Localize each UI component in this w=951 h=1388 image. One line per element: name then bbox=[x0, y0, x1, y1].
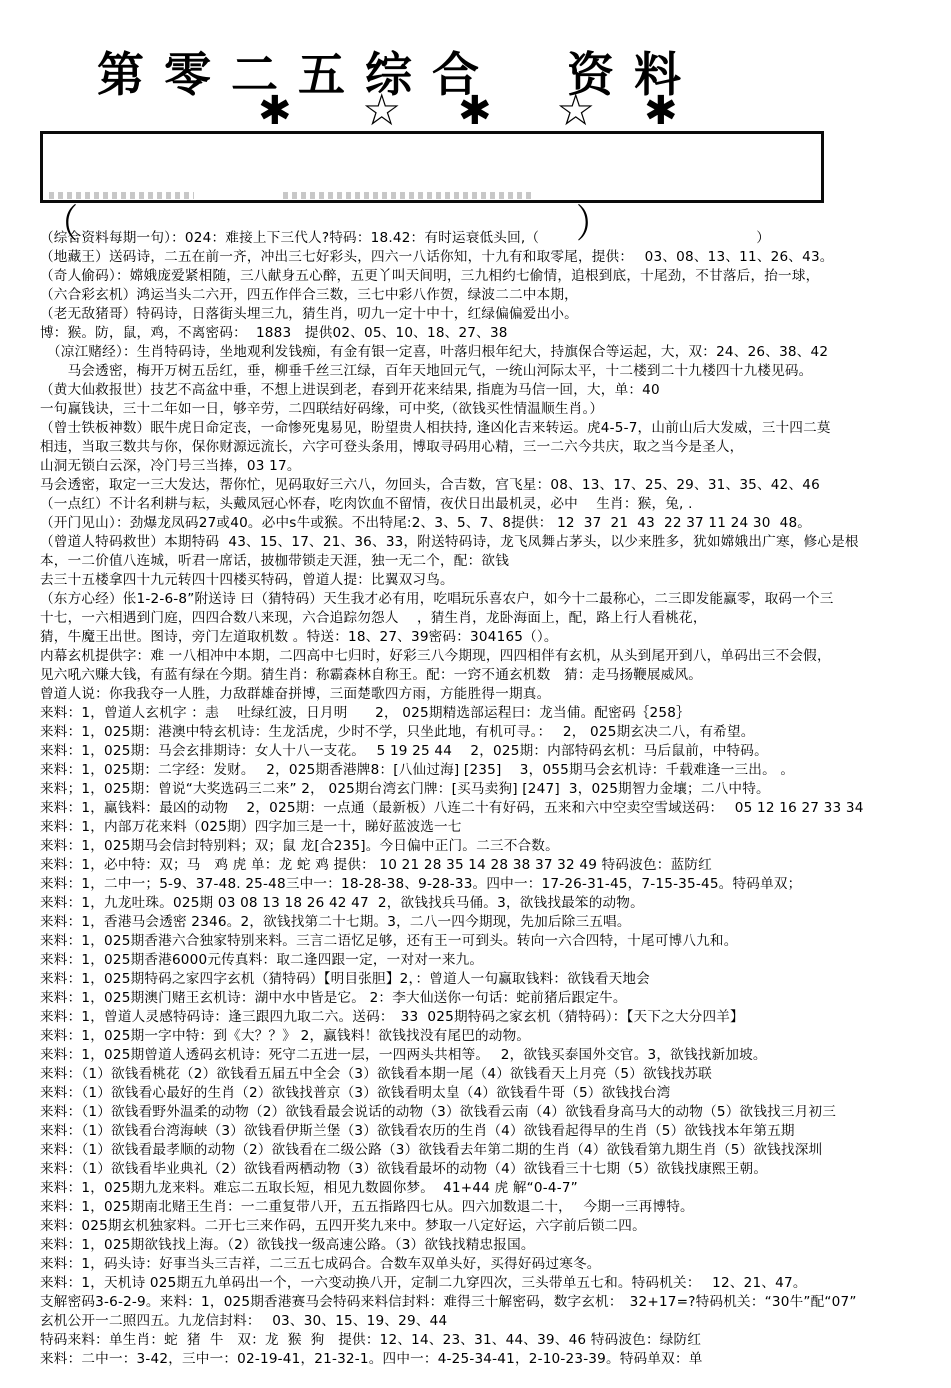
text-line: 来料：1，025期特码之家四字玄机（猜特码）【明目张胆】2，：曾道人一句赢取钱料… bbox=[40, 970, 940, 989]
text-line: （凉江赌经）：生肖特码诗，坐地观利发钱痴，有金有银一定喜，叶落归根年纪大，持旗保… bbox=[40, 343, 940, 362]
text-line: 来料：1，二中一；5-9、37-48. 25-48三中一：18-28-38、9-… bbox=[40, 875, 940, 894]
star-decorations: ✱ ☆ ✱ ☆ ✱ bbox=[0, 88, 951, 136]
text-line: 来料：1，025期：港澳中特玄机诗：生龙活虎，少时不学，只坐此地，有机可寻。： … bbox=[40, 723, 940, 742]
text-line: （老无敌猪哥）特码诗，日落街头埋三九，猜生肖，叨九一定十中十，红绿偏偏爱出小。 bbox=[40, 305, 940, 324]
asterisk-star-icon: ✱ bbox=[458, 88, 492, 134]
text-line: （曾士铁板神数）眠牛虎日命定丧，一命惨死鬼易见，盼望贵人相扶持, 逢凶化吉来转运… bbox=[40, 419, 940, 438]
text-line: 来料：（1）欲钱看最孝顺的动物（2）欲钱看在二级公路（3）欲钱看去年第二期的生肖… bbox=[40, 1141, 940, 1160]
text-line: 来料：1，天机诗 025期五九单码出一个，一六变动换八开，定制二九穿四次，三头带… bbox=[40, 1274, 940, 1293]
text-line: 来料：1，曾道人玄机字 ：恚 吐绿红波，日月明 2， 025期精选部运程曰：龙当… bbox=[40, 704, 940, 723]
text-line: 来料：1，必中特：双；马 鸡 虎 单：龙 蛇 鸡 提供： 10 21 28 35… bbox=[40, 856, 940, 875]
text-line: 来料：1，025期曾道人透码玄机诗：死守二五进一层，一四两头共相等。 2，欲钱买… bbox=[40, 1046, 940, 1065]
text-line: 玄机公开一二照四五。九龙信封料： 03、30、15、19、29、44 bbox=[40, 1312, 940, 1331]
text-line: 来料：1，025期：马会玄排期诗：女人十八一支花。 5 19 25 44 2，0… bbox=[40, 742, 940, 761]
text-line: 来料：1，025期澳门赌王玄机诗：湖中水中皆是它。 2：李大仙送你一句话：蛇前猪… bbox=[40, 989, 940, 1008]
text-line: 本，一二价值八连城，听君一席话，披枷带锁走天涯，独一无二个，配：欲钱 bbox=[40, 552, 940, 571]
text-line: （一点红）不计名利耕与耘，头戴凤冠心怀春，吃肉饮血不留情，夜伏日出最机灵，必中 … bbox=[40, 495, 940, 514]
hollow-star-icon: ☆ bbox=[362, 88, 401, 134]
text-line: 来料：1，025期九龙来料。难忘二五取长短，相见九数圆你梦。 41+44 虎 解… bbox=[40, 1179, 940, 1198]
text-line: 来料：1，香港马会透密 2346。2，欲钱找第二十七期。3，二八一四今期现，先加… bbox=[40, 913, 940, 932]
text-line: （东方心经）伥1-2-6-8”附送诗 曰（猜特码）天生我才必有用，吃唱玩乐喜农户… bbox=[40, 590, 940, 609]
text-line: 支解密码3-6-2-9。来料：1，025期香港赛马会特码来料信封料：难得三十解密… bbox=[40, 1293, 940, 1312]
text-line: 内幕玄机提供字：难 一八相冲中本期，二四高中七归时，好彩三八今期现，四四相伴有玄… bbox=[40, 647, 940, 666]
text-line: （开门见山）：劲爆龙凤码27或40。必中s牛或猴。不出特尾:2、3、5、7、8提… bbox=[40, 514, 940, 533]
text-line: 来料：1，025期马会信封特别料；双；鼠 龙[合235]。今日偏中正门。二三不合… bbox=[40, 837, 940, 856]
text-line: （六合彩玄机）鸿运当头二六开，四五作伴合三数，三七中彩八作贺，绿波二二中本期， bbox=[40, 286, 940, 305]
lines: （综合资料每期一句）：024：难接上下三代人?特码：18.42：有时运衰低头回,… bbox=[40, 229, 940, 1369]
asterisk-star-icon: ✱ bbox=[258, 88, 292, 134]
text-line: 相违，当取三数共与你，保你财源远流长，六字可登头条用，博取寻码用心精，三一二六今… bbox=[40, 438, 940, 457]
text-line: 来料：1，码头诗：好事当头三吉祥，二三五七成码合。合数车双单头好，买得好码过寒冬… bbox=[40, 1255, 940, 1274]
text-line: 来料：1，025期：二字经：发财。 2，025期香港牌8：[八仙过海] [235… bbox=[40, 761, 940, 780]
text-line: 来料：（1）欲钱看台湾海峡（3）欲钱看伊斯兰堡（3）欲钱看农历的生肖（4）欲钱看… bbox=[40, 1122, 940, 1141]
text-line: 曾道人说：你我我夺一人胜，力敌群雄奋拼博，三面楚歌四方雨，方能胜得一期真。 bbox=[40, 685, 940, 704]
faint-text-remnant bbox=[283, 192, 533, 199]
text-line: 来料；1，025期：曾说“大奖选码三二来” 2， 025期台湾玄门牌：[买马卖狗… bbox=[40, 780, 940, 799]
text-line: 去三十五楼拿四十九元转四十四楼买特码，曾道人提：比翼双习鸟。 bbox=[40, 571, 940, 590]
asterisk-star-icon: ✱ bbox=[644, 88, 678, 134]
text-line: 来料：1，025期南北赌王生肖：一二重复带八开，五五指路四七从。四六加数退二十，… bbox=[40, 1198, 940, 1217]
text-line: 来料：1，赢钱料：最凶的动物 2，025期：一点通（最新板）八连二十有好码，五来… bbox=[40, 799, 940, 818]
text-line: 十七，一六相遇到门庭，四四合数八来现，六合追踪勿怨人 ，猜生肖，龙卧海面上，配，… bbox=[40, 609, 940, 628]
text-line: （地藏王）送码诗，二五在前一齐，冲出三七好彩头，四六一八话你知，十九有和取零尾，… bbox=[40, 248, 940, 267]
text-line: 来料：二中一：3-42，三中一：02-19-41，21-32-1。四中一：4-2… bbox=[40, 1350, 940, 1369]
text-line: 来料：1，025期香港六合独家特别来料。三言二语忆足够，还有王一可到头。转向一六… bbox=[40, 932, 940, 951]
text-line: 马会透密，取定一三大发达，帮你忙，见码取好三六八，勿回头，合吉数，宫飞星：08、… bbox=[40, 476, 940, 495]
hollow-star-icon: ☆ bbox=[556, 88, 595, 134]
text-line: 来料：（1）欲钱看野外温柔的动物（2）欲钱看最会说话的动物（3）欲钱看云南（4）… bbox=[40, 1103, 940, 1122]
text-line: 猜，牛魔王出世。图诗，旁门左道取机数 。特送：18、27、39密码：304165… bbox=[40, 628, 940, 647]
lottery-info-sheet: 第零二五综合资料 ✱ ☆ ✱ ☆ ✱ （ ） （综合资料每期一句）：024：难接… bbox=[0, 0, 951, 1388]
text-line: 来料：1，025期香港6000元传真料：取二逢四跟一定，一对对一来九。 bbox=[40, 951, 940, 970]
text-line: 来料：1，曾道人灵感特码诗：逢三跟四九取二六。送码： 33 025期特码之家玄机… bbox=[40, 1008, 940, 1027]
text-line: 来料：1，025期欲钱找上海。（2）欲钱找一级高速公路。（3）欲钱找精忠报国。 bbox=[40, 1236, 940, 1255]
text-line: 来料：（1）欲钱看心最好的生肖（2）欲钱找普京（3）欲钱看明太皇（4）欲钱看牛哥… bbox=[40, 1084, 940, 1103]
empty-header-box bbox=[40, 131, 824, 203]
text-line: （黄大仙救报世）技艺不高盆中垂，不想上进误到老，春到开花来结果, 指鹿为马信一回… bbox=[40, 381, 940, 400]
text-line: 来料：（1）欲钱看桃花（2）欲钱看五届五中全会（3）欲钱看本期一尾（4）欲钱看天… bbox=[40, 1065, 940, 1084]
text-line: 来料：1，九龙吐珠。025期 03 08 13 18 26 42 47 2，欲钱… bbox=[40, 894, 940, 913]
text-line: 马会透密，梅开万树五岳红，垂，柳垂千丝三江绿，百年天地回元气，一统山河际太平，十… bbox=[40, 362, 940, 381]
text-line: 特码来料：单生肖：蛇 猪 牛 双：龙 猴 狗 提供：12、14、23、31、44… bbox=[40, 1331, 940, 1350]
text-line: 来料：（1）欲钱看毕业典礼（2）欲钱看两栖动物（3）欲钱看最坏的动物（4）欲钱看… bbox=[40, 1160, 940, 1179]
text-line: （综合资料每期一句）：024：难接上下三代人?特码：18.42：有时运衰低头回,… bbox=[40, 229, 940, 248]
text-line: 来料：025期玄机独家料。二开七三来作码，五四开奖九来中。梦取一八定好运，六字前… bbox=[40, 1217, 940, 1236]
text-line: 山洞无锁白云深，冷门号三当捧，03 17。 bbox=[40, 457, 940, 476]
text-line: （奇人偷码）：嫦娥庞爱紧相随，三八献身五心醉，五更丫叫天间明，三九相约七偷情，追… bbox=[40, 267, 940, 286]
text-line: 来料：1，内部万花来料（025期）四字加三是一十，睇好蓝波选一七 bbox=[40, 818, 940, 837]
text-line: 博：猴。防，鼠，鸡，不离密码： 1883 提供02、05、10、18、27、38 bbox=[40, 324, 940, 343]
text-line: （曾道人特码救世）本期特码 43、15、17、21、36、33，附送特码诗，龙飞… bbox=[40, 533, 940, 552]
text-line: 来料：1，025期一字中特：到《大？？》 2，赢钱料！欲钱找没有尾巴的动物。 bbox=[40, 1027, 940, 1046]
text-line: 一句赢钱诀，三十二年如一日，够辛劳，二四联结好码缘，可中奖,（欲钱买性情温顺生肖… bbox=[40, 400, 940, 419]
text-line: 见六吼六赚大钱，有蓝有绿在今期。猜生肖：称霸森林自称王。配：一窍不通玄机数 猜：… bbox=[40, 666, 940, 685]
